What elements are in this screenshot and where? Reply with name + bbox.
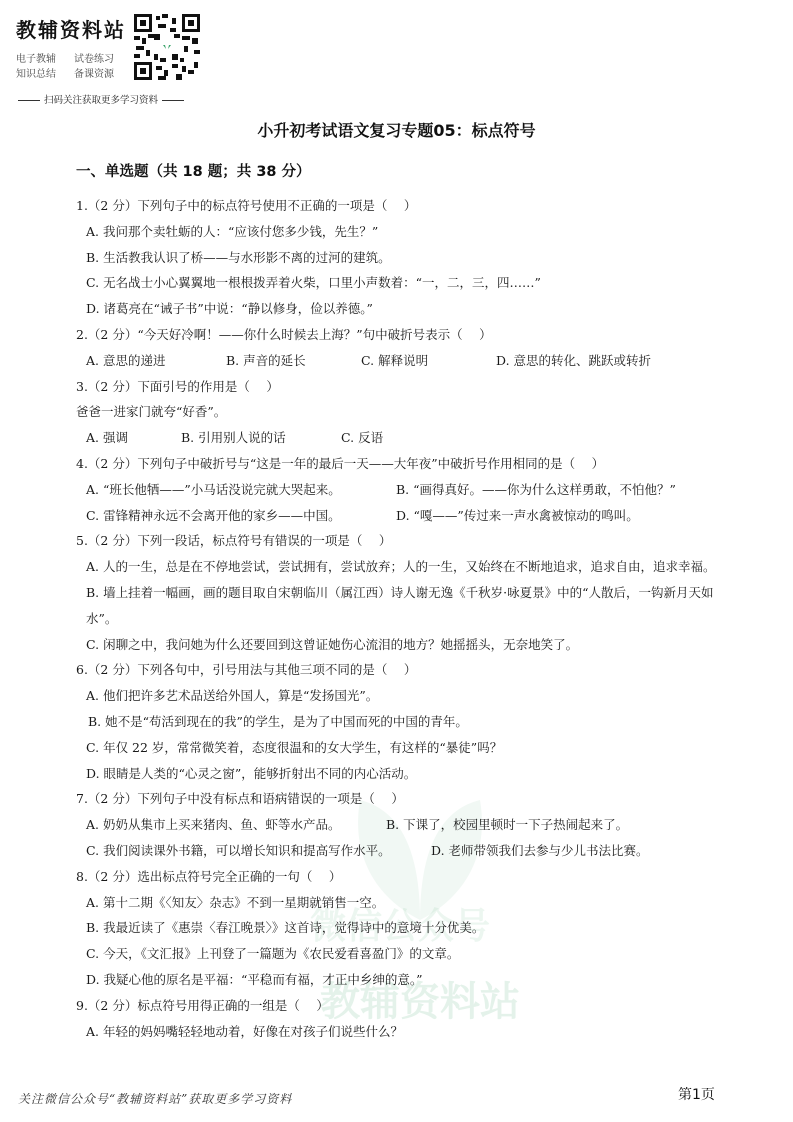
option-a: A. “班长他牺——”小马话没说完就大哭起来。 [86,477,396,503]
option-a: A. 人的一生，总是在不停地尝试，尝试拥有，尝试放弃；人的一生，又始终在不断地追… [76,554,726,580]
option-a: A. 他们把许多艺术品送给外国人，算是“发扬国光”。 [76,683,726,709]
option-d: D. 意思的转化、跳跃或转折 [496,348,651,374]
footer-note: 关注微信公众号“教辅资料站”获取更多学习资料 [18,1090,292,1107]
brand-tag: 备课资源 [74,67,132,82]
option-b: B. 下课了，校园里顿时一下子热闹起来了。 [386,812,628,838]
option-a: A. 强调 [86,425,181,451]
option-row: A. 强调 B. 引用别人说的话 C. 反语 [76,425,726,451]
option-a: A. 我问那个卖牡蛎的人：“应该付您多少钱，先生？” [76,219,726,245]
question-passage: 爸爸一进家门就夸“好香”。 [76,399,726,425]
option-row: C. 我们阅读课外书籍，可以增长知识和提高写作水平。 D. 老师带领我们去参与少… [76,838,726,864]
option-c: C. 雷锋精神永远不会离开他的家乡——中国。 [86,503,396,529]
option-d: D. 眼睛是人类的“心灵之窗”，能够折射出不同的内心活动。 [76,761,726,787]
question-9: 9.（2 分）标点符号用得正确的一组是（ ） A. 年轻的妈妈嘴轻轻地动着，好像… [76,993,726,1045]
option-c: C. 我们阅读课外书籍，可以增长知识和提高写作水平。 [86,838,431,864]
option-b: B. 我最近读了《惠崇〈春江晚景〉》这首诗，觉得诗中的意境十分优美。 [76,915,726,941]
option-a: A. 年轻的妈妈嘴轻轻地动着，好像在对孩子们说些什么？ [76,1019,726,1045]
option-d: D. “嘎——”传过来一声水禽被惊动的鸣叫。 [396,503,639,529]
question-stem: 7.（2 分）下列句子中没有标点和语病错误的一项是（ ） [76,786,726,812]
question-7: 7.（2 分）下列句子中没有标点和语病错误的一项是（ ） A. 奶奶从集市上买来… [76,786,726,863]
question-stem: 5.（2 分）下列一段话，标点符号有错误的一项是（ ） [76,528,726,554]
option-b: B. 引用别人说的话 [181,425,341,451]
option-d: D. 老师带领我们去参与少儿书法比赛。 [431,838,649,864]
option-b: B. 她不是“苟活到现在的我”的学生，是为了中国而死的中国的青年。 [76,709,726,735]
option-row: A. “班长他牺——”小马话没说完就大哭起来。 B. “画得真好。——你为什么这… [76,477,726,503]
question-1: 1.（2 分）下列句子中的标点符号使用不正确的一项是（ ） A. 我问那个卖牡蛎… [76,193,726,322]
option-b: B. 生活教我认识了桥——与水形影不离的过河的建筑。 [76,245,726,271]
brand-name: 教辅资料站 [16,14,126,43]
option-c: C. 解释说明 [361,348,496,374]
option-c: C. 年仅 22 岁，常常微笑着，态度很温和的女大学生，有这样的“暴徒”吗？ [76,735,726,761]
question-stem: 6.（2 分）下列各句中，引号用法与其他三项不同的是（ ） [76,657,726,683]
option-a: A. 第十二期《〈知友〉杂志》不到一星期就销售一空。 [76,890,726,916]
brand-tags: 电子教辅试卷练习 知识总结备课资源 [16,52,136,82]
question-stem: 8.（2 分）选出标点符号完全正确的一句（ ） [76,864,726,890]
question-stem: 2.（2 分）“今天好冷啊！——你什么时候去上海？”句中破折号表示（ ） [76,322,726,348]
question-3: 3.（2 分）下面引号的作用是（ ） 爸爸一进家门就夸“好香”。 A. 强调 B… [76,374,726,451]
question-4: 4.（2 分）下列句子中破折号与“这是一年的最后一天——大年夜”中破折号作用相同… [76,451,726,528]
option-a: A. 意思的递进 [86,348,226,374]
scan-caption: 扫码关注获取更多学习资料 [14,92,188,106]
brand-block: 教辅资料站 电子教辅试卷练习 知识总结备课资源 [16,14,126,43]
question-list: 1.（2 分）下列句子中的标点符号使用不正确的一项是（ ） A. 我问那个卖牡蛎… [76,193,726,1044]
brand-tag: 电子教辅 [16,52,74,67]
question-stem: 1.（2 分）下列句子中的标点符号使用不正确的一项是（ ） [76,193,726,219]
question-2: 2.（2 分）“今天好冷啊！——你什么时候去上海？”句中破折号表示（ ） A. … [76,322,726,374]
option-d: D. 诸葛亮在“诫子书”中说：“静以修身，俭以养德。” [76,296,726,322]
option-c: C. 闲聊之中，我问她为什么还要回到这曾证她伤心流泪的地方？她摇摇头，无奈地笑了… [76,632,726,658]
question-8: 8.（2 分）选出标点符号完全正确的一句（ ） A. 第十二期《〈知友〉杂志》不… [76,864,726,993]
option-c: C. 反语 [341,425,383,451]
option-a: A. 奶奶从集市上买来猪肉、鱼、虾等水产品。 [86,812,386,838]
option-row: A. 意思的递进 B. 声音的延长 C. 解释说明 D. 意思的转化、跳跃或转折 [76,348,726,374]
option-d: D. 我疑心他的原名是平福：“平稳而有福，才正中乡绅的意。” [76,967,726,993]
option-row: C. 雷锋精神永远不会离开他的家乡——中国。 D. “嘎——”传过来一声水禽被惊… [76,503,726,529]
option-b: B. “画得真好。——你为什么这样勇敢，不怕他？” [396,477,676,503]
divider [162,100,184,101]
brand-tag: 知识总结 [16,67,74,82]
option-b: B. 墙上挂着一幅画，画的题目取自宋朝临川（属江西）诗人谢无逸《千秋岁·咏夏景》… [76,580,726,632]
option-b: B. 声音的延长 [226,348,361,374]
option-c: C. 今天，《文汇报》上刊登了一篇题为《农民爱看喜盈门》的文章。 [76,941,726,967]
question-6: 6.（2 分）下列各句中，引号用法与其他三项不同的是（ ） A. 他们把许多艺术… [76,657,726,786]
section-heading: 一、单选题（共 18 题；共 38 分） [76,160,311,181]
option-c: C. 无名战士小心翼翼地一根根拨弄着火柴，口里小声数着：“一，二，三，四……” [76,270,726,296]
document-title: 小升初考试语文复习专题05：标点符号 [0,118,793,141]
brand-tag: 试卷练习 [74,52,132,67]
divider [18,100,40,101]
question-stem: 4.（2 分）下列句子中破折号与“这是一年的最后一天——大年夜”中破折号作用相同… [76,451,726,477]
question-stem: 9.（2 分）标点符号用得正确的一组是（ ） [76,993,726,1019]
question-stem: 3.（2 分）下面引号的作用是（ ） [76,374,726,400]
question-5: 5.（2 分）下列一段话，标点符号有错误的一项是（ ） A. 人的一生，总是在不… [76,528,726,657]
page-number: 第1页 [678,1084,715,1104]
option-row: A. 奶奶从集市上买来猪肉、鱼、虾等水产品。 B. 下课了，校园里顿时一下子热闹… [76,812,726,838]
qr-code-icon [134,14,200,80]
